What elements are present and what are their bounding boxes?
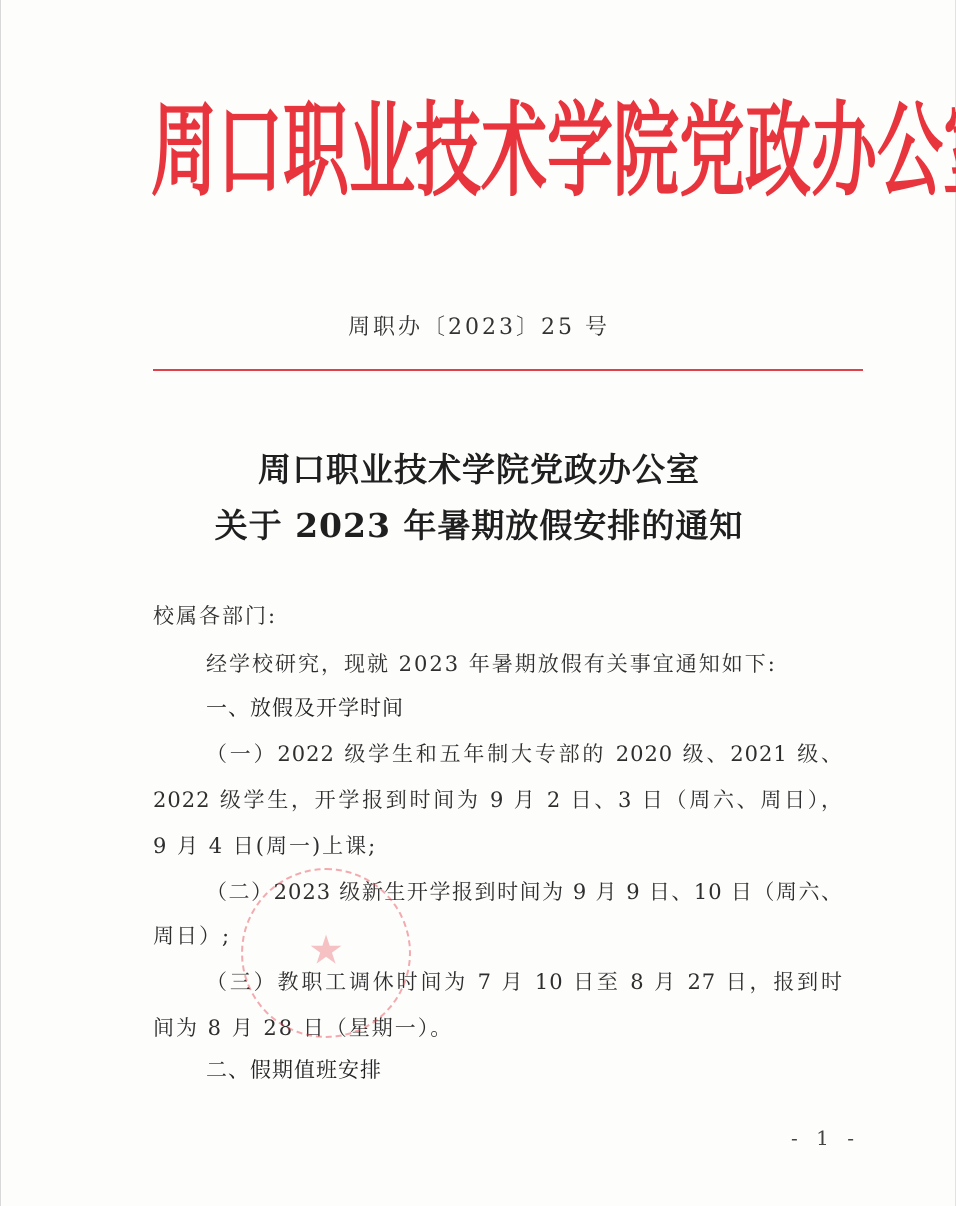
red-divider bbox=[153, 369, 863, 371]
item-1-line-1: （一）2022 级学生和五年制大专部的 2020 级、2021 级、 bbox=[206, 738, 843, 768]
masthead-char: 政 bbox=[745, 101, 811, 203]
masthead-char: 学 bbox=[547, 101, 613, 203]
masthead-char: 党 bbox=[679, 101, 745, 203]
masthead-red-header: 周 口 职 业 技 术 学 院 党 政 办 公 室 文 件 bbox=[151, 92, 871, 212]
section-1-heading: 一、放假及开学时间 bbox=[206, 692, 404, 722]
item-2-line-1: （二）2023 级新生开学报到时间为 9 月 9 日、10 日（周六、 bbox=[206, 876, 843, 906]
masthead-char: 周 bbox=[151, 101, 217, 203]
masthead-char: 办 bbox=[811, 101, 877, 203]
section-2-heading: 二、假期值班安排 bbox=[206, 1054, 382, 1084]
title-line-1: 周口职业技术学院党政办公室 bbox=[1, 444, 956, 491]
masthead-char: 院 bbox=[613, 101, 679, 203]
item-1-line-2: 2022 级学生，开学报到时间为 9 月 2 日、3 日（周六、周日）， bbox=[153, 784, 843, 814]
masthead-char: 室 bbox=[943, 101, 956, 203]
item-2-line-2: 周日）; bbox=[153, 920, 231, 950]
masthead-char: 职 bbox=[283, 101, 349, 203]
masthead-char: 术 bbox=[481, 101, 547, 203]
intro-paragraph: 经学校研究，现就 2023 年暑期放假有关事宜通知如下: bbox=[206, 648, 777, 678]
masthead-char: 业 bbox=[349, 101, 415, 203]
page-number: - 1 - bbox=[791, 1126, 860, 1150]
document-page: 周 口 职 业 技 术 学 院 党 政 办 公 室 文 件 周职办〔2023〕2… bbox=[0, 0, 956, 1206]
item-1-line-3: 9 月 4 日(周一)上课; bbox=[153, 830, 377, 860]
item-3-line-1: （三）教职工调休时间为 7 月 10 日至 8 月 27 日，报到时 bbox=[206, 966, 843, 996]
item-3-line-2: 间为 8 月 28 日（星期一）。 bbox=[153, 1012, 453, 1042]
masthead-char: 技 bbox=[415, 101, 481, 203]
salutation: 校属各部门: bbox=[153, 600, 277, 630]
masthead-char: 公 bbox=[877, 101, 943, 203]
masthead-char: 口 bbox=[217, 101, 283, 203]
document-number: 周职办〔2023〕25 号 bbox=[1, 310, 956, 341]
title-line-2: 关于 2023 年暑期放假安排的通知 bbox=[1, 500, 956, 547]
